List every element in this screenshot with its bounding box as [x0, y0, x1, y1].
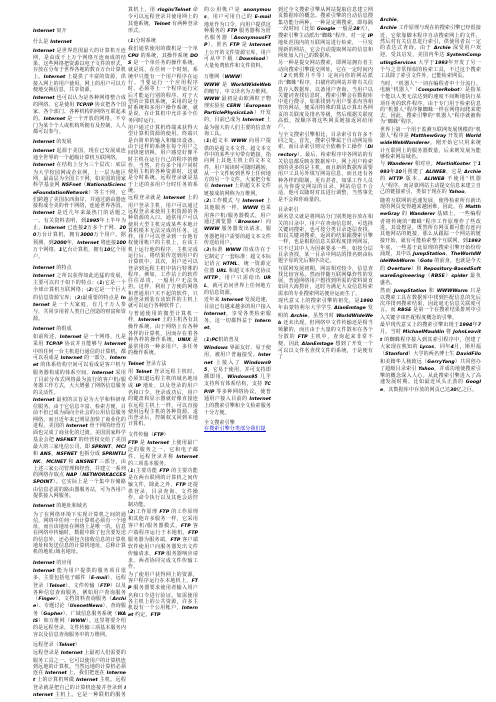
text-column-2: 算机上，用 rlogin/Telnet 命令可以远程登录并使用网上的其他系统，T…	[128, 6, 198, 699]
paragraph: 为了在网络环境下实现计算机之间的通信，网络中任何一台计算机必须有一个地址，而且该…	[33, 512, 126, 556]
paragraph: 如前所述，Internet 是一个网络，凡是采用 TCP/IP 协议并且能够与 …	[33, 334, 126, 396]
paragraph: 算机上，用 rlogin/Telnet 命令可以远程登录并使用网上的其他系统，T…	[128, 7, 198, 34]
paragraph: 近年来 Internet 发展迅速，目前已有越来越多的用户接入 Internet…	[204, 297, 271, 332]
paragraph: 与全文搜索引擎相比，目录索引有许多不同之处。首先，搜索引擎属于自动网站检索，而目…	[278, 132, 373, 203]
section-heading: (1)分时系统	[128, 38, 198, 45]
paragraph: 与 Wanderer 相对应，MartinKoster 于1993年10月创建了…	[380, 161, 481, 196]
paragraph: 随着互联网的迅速发展，使得检索所有新出现的网页变得越来越困难，因此，在 Matt…	[380, 198, 481, 287]
paragraph: FTP 是 Internet 上使用最广泛的服务之一，它和电子邮件、远程登录并称…	[128, 440, 198, 467]
paragraph: 用 Telnet 登录远程主机时，必须知道远程主机的域名地址或 IP 地址，以及…	[128, 369, 198, 428]
paragraph: 的公用帐户是 anonymous，用户可用自己的 E-mail 地址作为口令。向…	[204, 7, 271, 70]
section-heading: 什么是 Internet	[33, 39, 126, 46]
paragraph: 当时，“机器人”一词在编程者中十分流行。电脑“机器人”（ComputerRobo…	[380, 81, 481, 126]
section-heading: Internet 的地址和域名	[33, 503, 126, 510]
text-column-1: Internet 简介 什么是 InternetInternet 是世界范围最大…	[33, 28, 126, 699]
paragraph: 远程登录是 Internet 上最初人们需要的服务工具之一。它可以使用户的计算机…	[33, 650, 126, 699]
section-heading: (1)PC机的普及	[204, 337, 271, 344]
paragraph: 到过全文搜索引擎从网站提取信息建立网页数据库的概念。搜索引擎的自动信息搜集功能分…	[278, 7, 373, 59]
paragraph: 我们通常使用的微机是一个单 CPU 的系统，其操作系统 DOS 是一个单任务的操…	[128, 46, 198, 124]
document-title: Internet 简介	[33, 28, 126, 35]
paragraph: 与普通使用的微型计算机一样，Internet 上的主机各有其操作系统。由于网络上…	[128, 311, 198, 357]
section-heading: 万维网（WWW）	[204, 74, 271, 81]
paragraph: Archie。	[380, 17, 481, 24]
paragraph: 最早现代意义上的搜索引擎出现于1994年7月。当时 MichaelMauldin…	[380, 322, 481, 394]
paragraph: (1)主要功能 FTP 的主要功能是在两台联网的计算机之间传输文件，除此之外，F…	[128, 468, 198, 508]
paragraph: 顾名思义就是将网站分门别类地存放在相关的目录中，用户在查询信息时，可选择关键词搜…	[278, 214, 373, 264]
section-heading: Telnet 登录方法	[128, 361, 198, 368]
paragraph: Internet 最初的宗旨是为大学和科研单位服务。由于它信息丰富、检索方便，目…	[33, 397, 126, 499]
paragraph: Internet 能为用户提供的服务项目很多，主要包括电子邮件（E-mail）、…	[33, 568, 126, 638]
paragraph: (1)超文本 WWW 向用户提供的是超文本文件。超文本文件中的某些字句带有链接，…	[204, 138, 271, 197]
paragraph: Internet 是近几年来最热门的话题之一。有关资料表明，到1995年上半年为…	[33, 210, 126, 260]
paragraph: 为了使用户获得网上的资源，客户程序运行在本地机上，FTP 服务器要求使用者输入用…	[128, 572, 198, 620]
paragraph: 用户通过计算机终端来获得大型计算机资源的使用。终端只是台简单的输入和输出设备。由…	[128, 125, 198, 194]
paragraph: (2)工作模式 与 Internet 上其他服务一样，WWW 也采用客户机/服务…	[204, 198, 271, 246]
section-heading: Internet 的特点	[33, 265, 126, 272]
section-heading: Internet 的组成	[33, 326, 126, 333]
paragraph: 另一种是提交网站搜索，即网站拥有者主动向搜索引擎提交网址，它在一定时间内（2天到…	[278, 60, 373, 130]
paragraph: WWW 是 WorldWideWeb 的缩写，中文译名为万维网。WWW 最初是由…	[204, 82, 271, 137]
paragraph: 现代意义上的搜索引擎的祖先，是1990年由蒙特利尔大学学生 AlanEmtage…	[278, 298, 373, 361]
paragraph: Internet 是世界范围最大的计算机互连网，是由成千上万个网络互连而成的结果…	[33, 48, 126, 94]
paragraph: 然而 JumpStation 和 WWWWorm 只是以搜索工具在数据库中找到匹…	[380, 288, 481, 321]
section-heading: Internet 的发展	[33, 139, 126, 146]
section-heading: 目录索引	[278, 207, 373, 213]
document-page: Internet 简介 什么是 InternetInternet 是世界范围最大…	[0, 0, 496, 702]
text-column-4: 到过全文搜索引擎从网站提取信息建立网页数据库的概念。搜索引擎的自动信息搜集功能分…	[278, 6, 373, 699]
paragraph: Internet 也可以认为是各种网络整合成的网络。它是使用 TCP/IP 协议…	[33, 95, 126, 136]
paragraph: 互联网发展初期，网站相对较少，信息查找比较容易。然而伴随互联网爆炸性的发展，普通…	[278, 266, 373, 297]
text-column-3: 的公用帐户是 anonymous，用户可用自己的 E-mail 地址作为口令。向…	[204, 6, 271, 699]
paragraph: Internet 起源于美国，现在已发展成连通全世界的一个超级计算机互联网络。	[33, 148, 126, 162]
paragraph: Internet 之所以获得如此迅猛的发展，主要可以归于如下的特点：(1)它是一…	[33, 273, 126, 322]
paragraph: Internet 在结构上分为三个层次：底层为大学校园网或企业网，上一层为地区网…	[33, 162, 126, 209]
paragraph: (3)标准 WWW 的成功在于它制定了一套标准：超文本标记语言 HTML、统一资…	[204, 247, 271, 296]
link-line[interactable]: 在搜索引擎分类部分我们提	[204, 426, 271, 432]
section-heading: 远程登录（Telnet）	[33, 642, 126, 649]
paragraph: 远程登录就是 Internet 上的用户登录主机，用户可以通过远程登录来使用主机…	[128, 195, 198, 309]
text-column-5: Archie。Archie 工作原理与现在的搜索引擎已经很接近，它依靠脚本程序自…	[380, 16, 481, 699]
paragraph: Archie 工作原理与现在的搜索引擎已经很接近，它依靠脚本程序自动搜索网上的文…	[380, 25, 481, 79]
paragraph: Windows 界面友好、易于使用，被用户普遍接受。Internet 上接入了 …	[204, 345, 271, 416]
paragraph: 世界上第一个用于监测互联网发展规模的“机器人”程序是 MatthewGray 开…	[380, 127, 481, 160]
section-heading: Internet 的应用	[33, 560, 126, 567]
section-heading: 文件传输（FTP）	[128, 432, 198, 439]
paragraph: (2)工作原理 FTP 的工作原理和其他许多服务一样，它采用客户机/服务器模式，…	[128, 509, 198, 571]
